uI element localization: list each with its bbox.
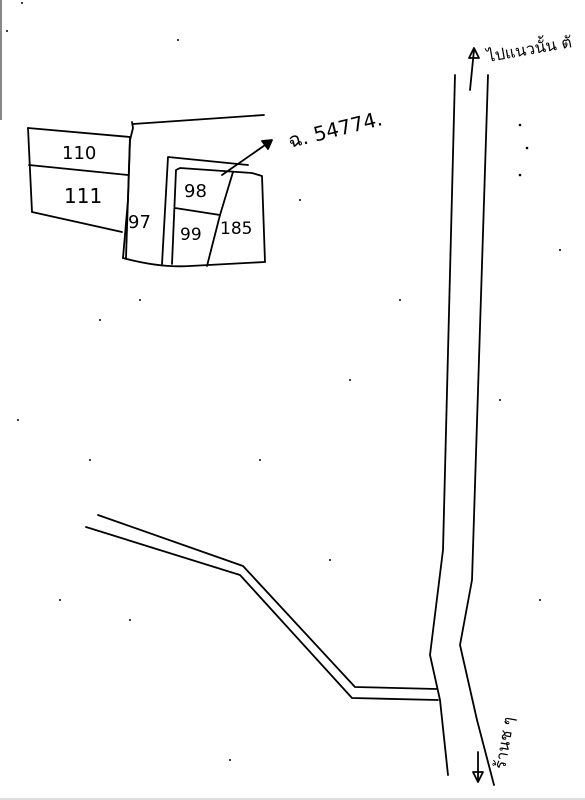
road-south-label: ร้านช ๆ	[490, 715, 518, 771]
pointer-arrow	[222, 140, 272, 175]
north-direction-arrow	[469, 48, 479, 90]
inner-parcel-frame	[162, 157, 265, 266]
parcel-label: 97	[128, 212, 151, 233]
south-direction-arrow	[473, 752, 483, 782]
sketch-map: 110 111 97 98 99 185 ฉ. 54774. ไปแนวนั้น…	[0, 0, 585, 800]
parcel-label: 185	[220, 219, 252, 239]
parcel-label: 110	[62, 143, 96, 164]
deed-reference: ฉ. 54774.	[285, 106, 384, 153]
parcel-label: 99	[180, 225, 202, 245]
parcel-label: 111	[64, 184, 102, 208]
main-road	[430, 75, 494, 785]
road-north-label: ไปแนวนั้น ตั	[483, 30, 573, 66]
branch-road	[86, 515, 438, 700]
parcel-label: 98	[184, 181, 207, 202]
